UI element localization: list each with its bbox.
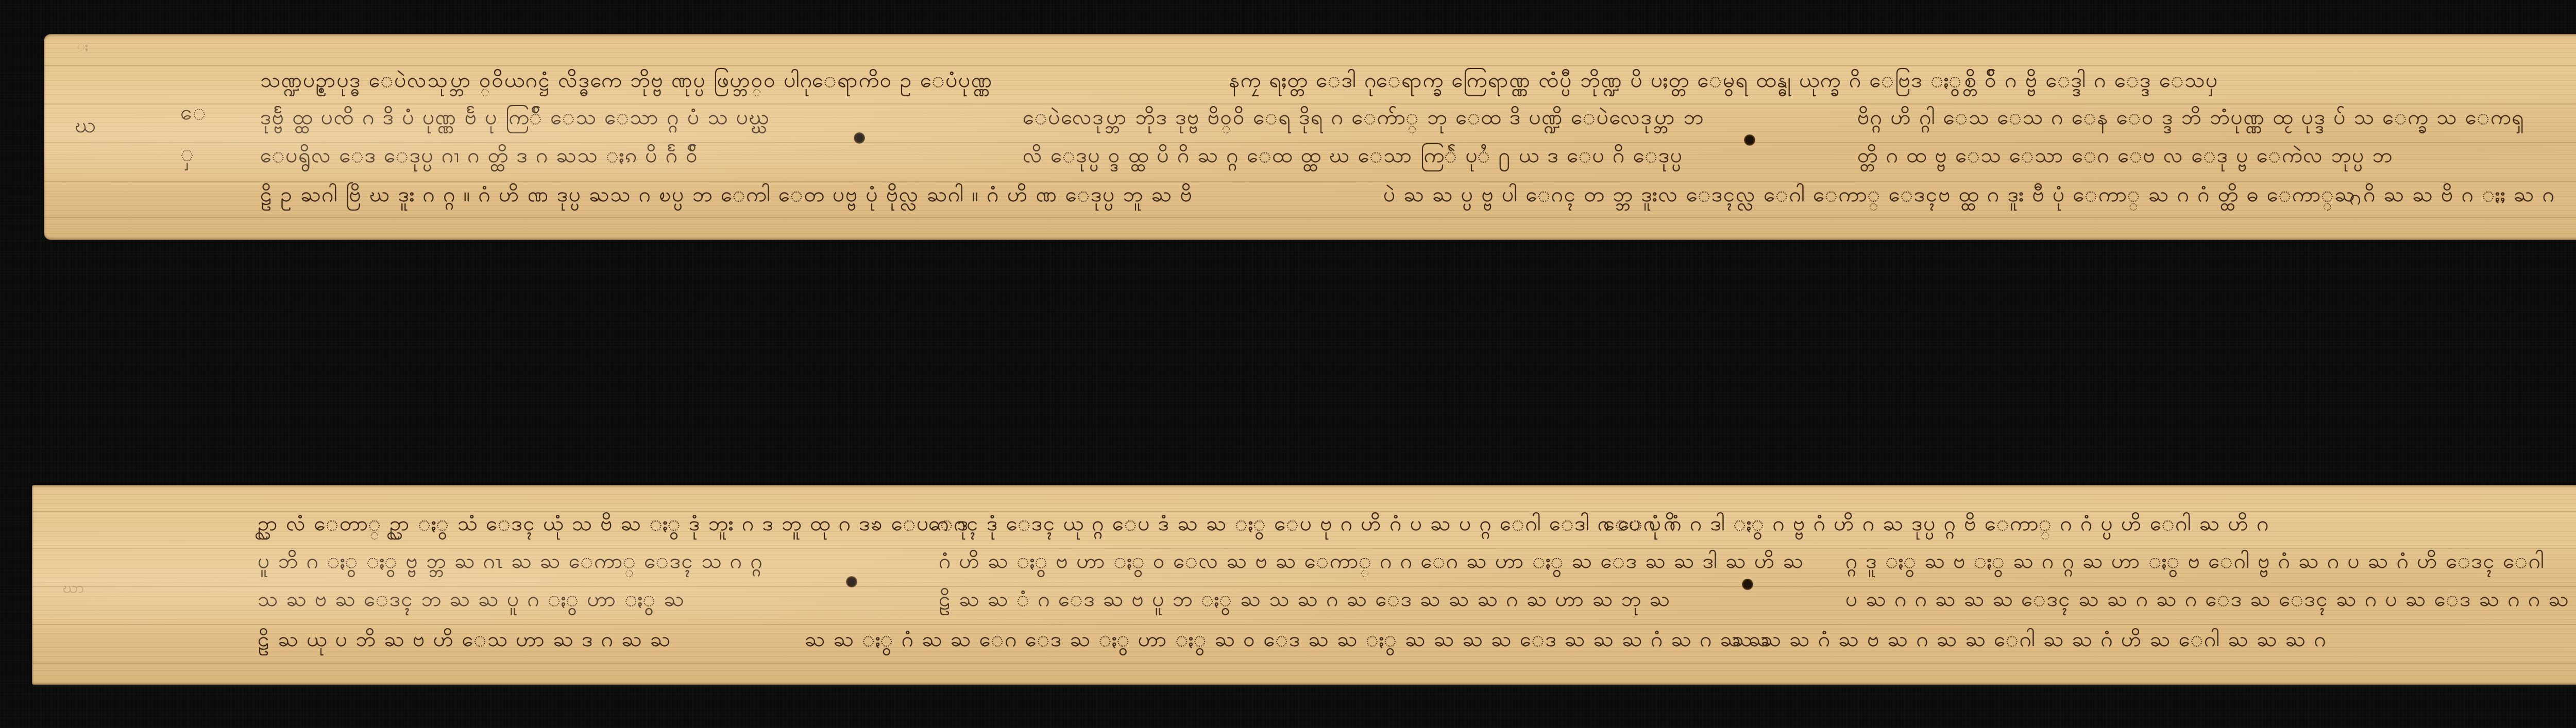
manuscript-line-1-right: နကၠ ရႈတ္တ ေဒါ ဂုေရာက္ခ ကြေရာဏ္ဏ ၸံပ္ပီ ဘ… [1229,70,2218,91]
manuscript-line-3-right: တ္တိ ဂ ထ ဗ္ဗ ေသ ေသာ ေဂ ေဗ လ ေဒု ပ္ဗ ေကဲလ… [1857,145,2393,166]
margin-column-mark: ှ [180,140,194,171]
leaf-ruling-line [44,65,2576,66]
manuscript-line-4-right: ပဲ ႀ ႀ ပ္ပ ဗ္ဗ ပါ ေဂၚ တ ဘ္ဘ ဒူးလ ေဒၚလ္လ … [1383,184,2555,205]
manuscript-line-2-right: ဂ္ဂ ဒူ ႏွ ႀ ဗ ႏွ ႀ ဂ ဂ္ဂ ႀ ဟာ ႏွ ဗ ေဂါ ဗ… [1845,551,2545,571]
manuscript-line-4-left: ဠိ ႀ ယု ပ ဘိ ႀ ဗ ဟိ ေသ ဟာ ႀ ဒ ဂ ႀ ႀ [258,629,671,650]
string-hole [1742,579,1753,590]
leaf-ruling-line [32,624,2576,625]
manuscript-line-3-middle: ဠိ ႀ ႀ ံ ဂ ေဒ ႀ ဗ ပူ ဘ ႏွ ႀ သ ႀ ဂ ႀ ေဒ ႀ… [939,589,1671,610]
leaf-ruling-line [32,663,2576,664]
palm-leaf-bottom: ဃာ ဥ္လာ လံ ေတာ္ ဥ္လာ ႏွ သံ ေဒၚ ယုံ သ ဗိ … [32,485,2576,685]
manuscript-line-2-left: ပူ ဘိ ဂ ႏွ ႏွ ဗ္ဗ ဘ္ဘ ႀ ဂၤ ႀ ႀ ေကာ္ ေဒၚ … [258,551,763,571]
palm-leaf-top: ႈ ဃ ေ ှ သဏ္ဍပဉ္စာပုဒ္ဓ ေပဲလသုပ္ဘာ ဝ္ဝိယဂ… [44,34,2576,240]
manuscript-line-1-left: သဏ္ဍပဉ္စာပုဒ္ဓ ေပဲလသုပ္ဘာ ဝ္ဝိယဂဋ္ဌံ လိဒ… [260,70,993,91]
manuscript-line-2-middle: ဂံ ဟိ ႀ ႏွ ဗ ဟာ ႏွ ဝ ေလ ႀ ဗ ႀ ေကာ္ ဂ ဂ ေ… [939,551,1804,571]
manuscript-line-4-middle: ႀ ႀ ႏွ ဂံ ႀ ႀ ေဂ ေဒ ႀ ႏွ ဟာ ႏွ ႀ ဝ ေဒ ႀ … [805,629,1770,650]
leaf-ruling-line [44,142,2576,143]
leaf-number: ဂ [2349,183,2362,215]
manuscript-line-4-left: ဠိ ဥ ႀဂါ ဗြိ ဃ ဒူး ဂ ဂ္ဂ ။ ဂံ ဟိ ဏ ဒုပ္ပ… [260,184,1193,205]
manuscript-line-3-right: ပ ႀ ဂ ဂ ႀ ႀ ႀ ေဒၚ ႀ ႀ ဂ ႀ ဂ ေဒ ႀ ေဒၚ ႀ ဂ… [1845,589,2576,610]
manuscript-line-2-middle: ေပဲလေဒုပ္ဘာ ဘိုဒ ဒုဗ္ဗ ဗိဝ္ဝိ ေရ ဒိုရ ဂ … [1023,107,1704,128]
manuscript-line-1-middle: ေဂၚ ဒုံ ေဒၚ ယု ဂ္ဂ ေပ ဒံ ႀ ႀ ႏွ ေပ ဗု ဂ … [928,513,1676,534]
leaf-ruling-line [44,181,2576,182]
manuscript-line-3-left: ေပရွိလ ေဒ ေဒုပ္ပ ဂၢ ဂ တ္ထိ ဒ ဂ ႀသ ႏၵ ပိ … [260,145,699,166]
leaf-ruling-line [44,217,2576,218]
string-hole [1744,134,1755,146]
leaf-ruling-line [44,103,2576,105]
manuscript-line-1-left: ဥ္လာ လံ ေတာ္ ဥ္လာ ႏွ သံ ေဒၚ ယုံ သ ဗိ ႀ ႏ… [258,513,969,534]
string-hole [854,132,865,144]
manuscript-line-4-right: ႀ ႀ ႀ ဂံ ႀ ဗ ႀ ဂ ႀ ႀ ေဂါ ႀ ႀ ဂံ ဟိ ႀ ေဂါ… [1732,629,2327,650]
leaf-ruling-line [32,548,2576,549]
manuscript-line-3-middle: လိ ေဒုပ္ပ ဝ္ဒ ထ္ထ ပိ ဂိ ႀ ဂ္ဂ ေထ ထ္ထ ဃ ေ… [1023,145,1683,166]
manuscript-line-1-right: ေပ ပုံ ဂံ ဂ ဒါ ႏွ ဂ ဗ္ဗ ဂံ ဟိ ဂ ႀ ဒုပ္ပ … [1603,513,2269,534]
page-mark: ဃ [75,111,96,143]
manuscript-line-2-left: ဒုဗ္ဗႅ ထ္ထ ပၸိ ဂ ဒိ ပံ ပုဏ္ဏ ဗႅ ပု ကြ်ိ … [260,107,770,128]
margin-faint-mark: ႈ [77,38,88,57]
string-hole [846,576,857,587]
margin-column-mark: ေ [180,98,206,130]
manuscript-line-2-right: ဗိဂ္ဂ ဟိ ဂ္ဂါ ေသ ေသ ဂ ေန ေဝ ဒ္ဒ ဘိ ဘံပုဏ… [1857,107,2524,128]
margin-faint-mark: ဃာ [63,578,84,601]
leaf-ruling-line [32,586,2576,587]
manuscript-line-3-left: သ ႀ ဗ ႀ ေဒၚ ဘ ႀ ႀ ပူ ဂ ႏွ ဟာ ႏွ ႀ [258,589,685,610]
